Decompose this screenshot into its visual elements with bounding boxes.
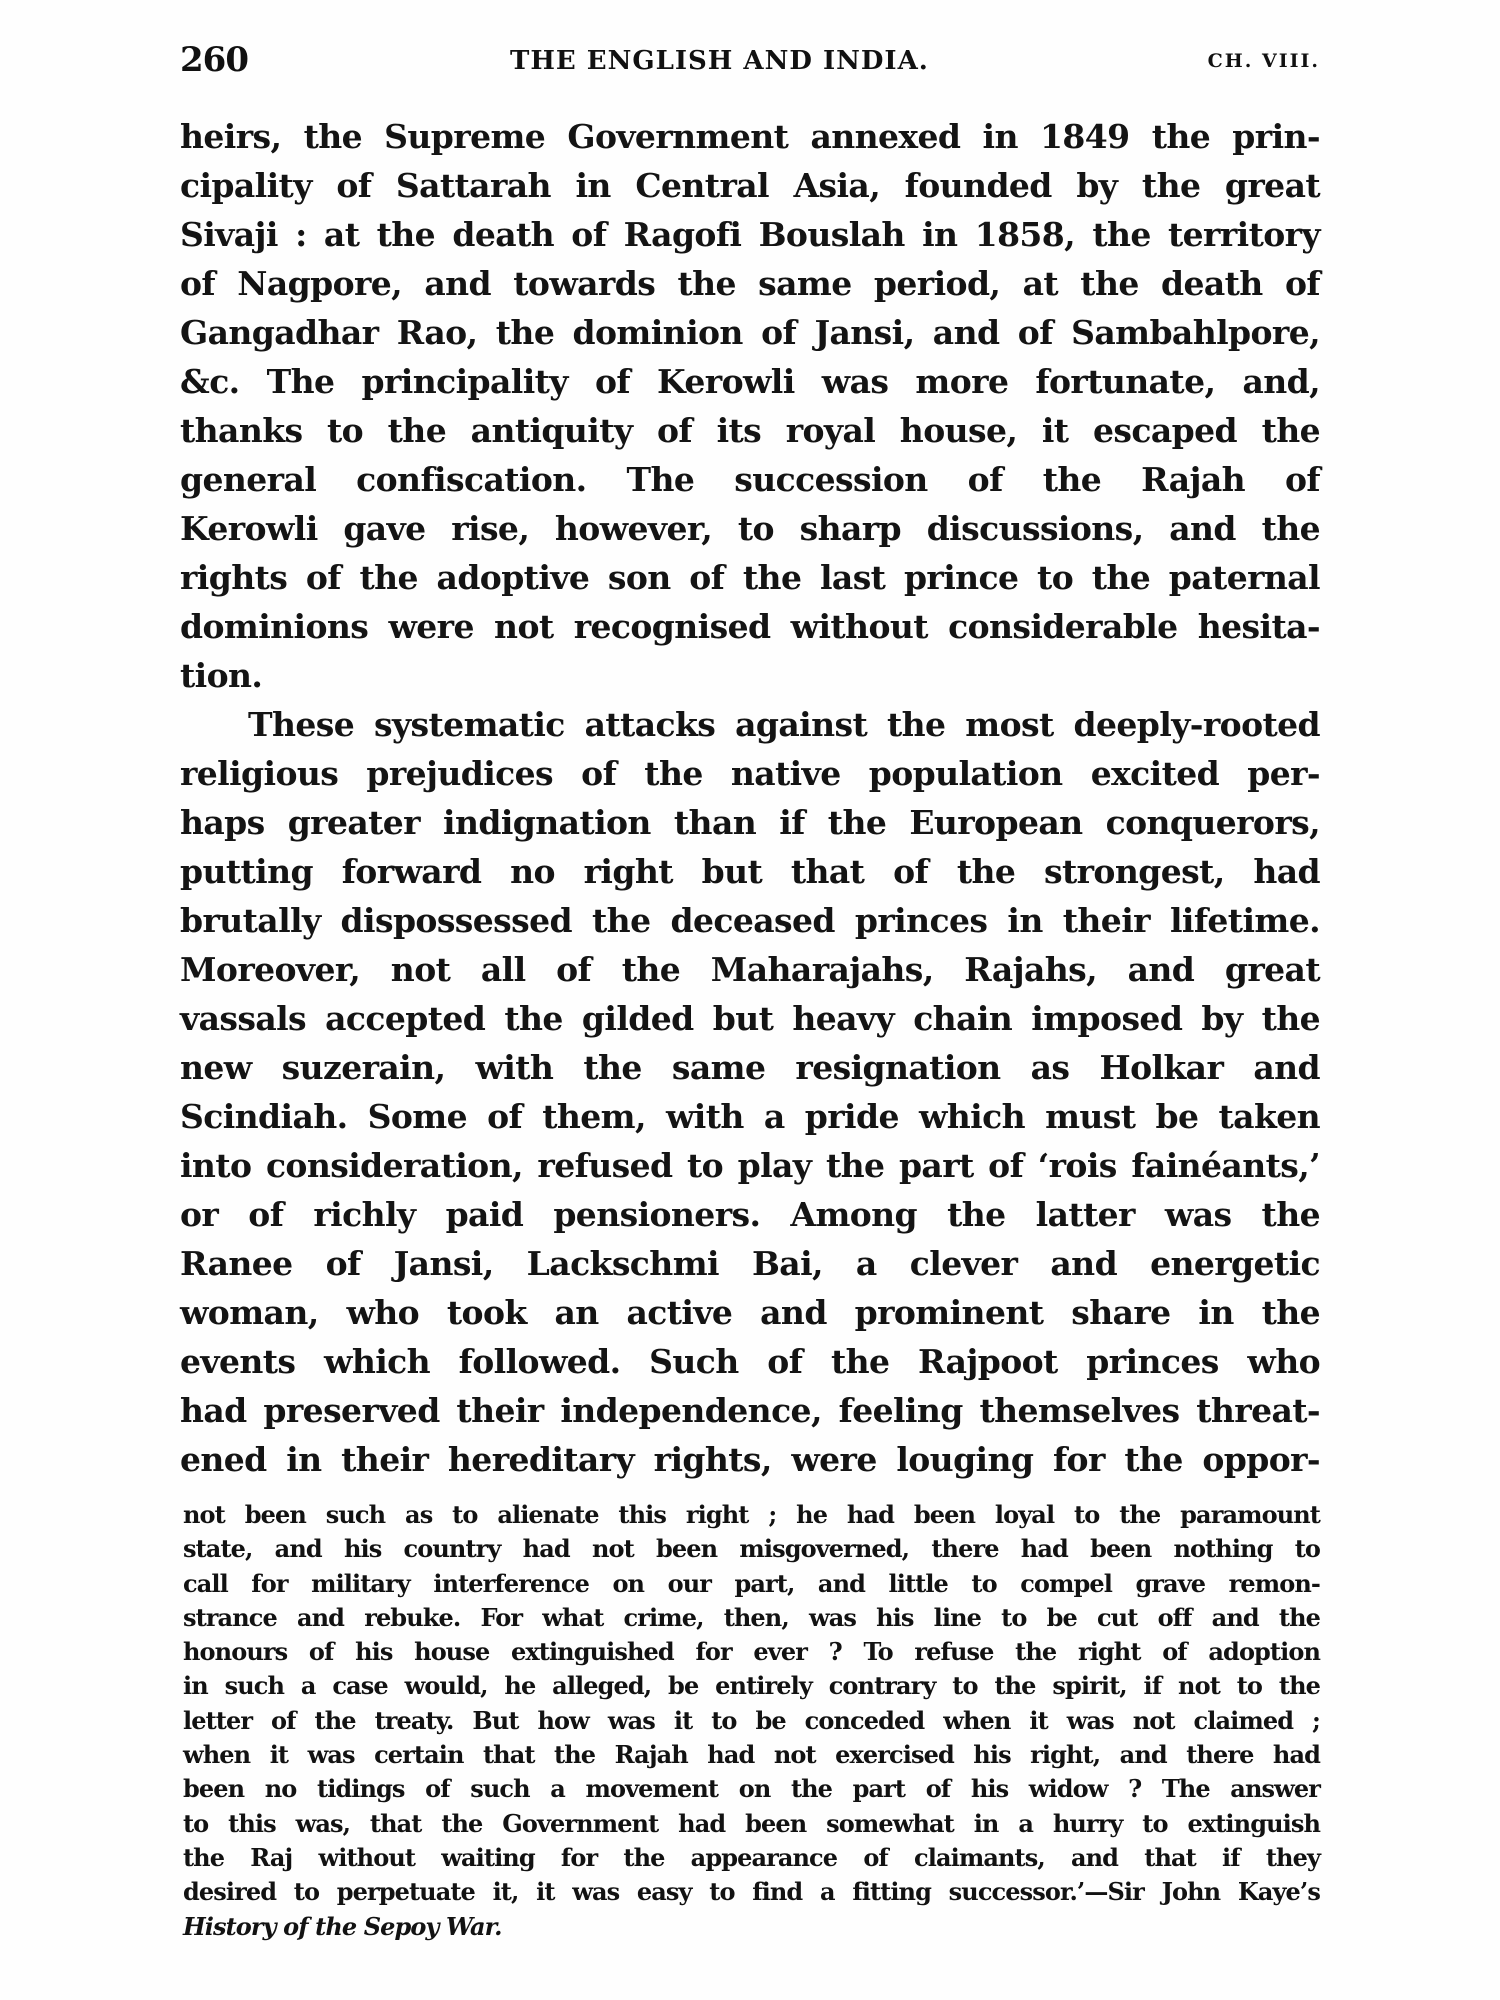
footnote-line: letter of the treaty. But how was it to … [183,1704,1320,1738]
footnote-line: strance and rebuke. For what crime, then… [183,1601,1320,1635]
body-line: into consideration, refused to play the … [180,1141,1320,1190]
body-line: new suzerain, with the same resignation … [180,1043,1320,1092]
body-line: Moreover, not all of the Maharajahs, Raj… [180,945,1320,994]
body-line: Scindiah. Some of them, with a pride whi… [180,1092,1320,1141]
body-line: brutally dispossessed the deceased princ… [180,896,1320,945]
body-line: cipality of Sattarah in Central Asia, fo… [180,161,1320,210]
body-line: events which followed. Such of the Rajpo… [180,1337,1320,1386]
footnote: not been such as to alienate this right … [183,1498,1320,1944]
chapter-label: CH. VIII. [1208,50,1320,72]
footnote-line: the Raj without waiting for the appearan… [183,1841,1320,1875]
footnote-line: in such a case would, he alleged, be ent… [183,1669,1320,1703]
body-line: religious prejudices of the native popul… [180,749,1320,798]
running-title: THE ENGLISH AND INDIA. [510,46,929,76]
body-line: Ranee of Jansi, Lackschmi Bai, a clever … [180,1239,1320,1288]
body-line: tion. [180,651,1320,700]
page-number: 260 [180,40,248,80]
footnote-citation: History of the Sepoy War. [183,1910,1320,1944]
body-line: or of richly paid pensioners. Among the … [180,1190,1320,1239]
body-line: vassals accepted the gilded but heavy ch… [180,994,1320,1043]
body-line: Kerowli gave rise, however, to sharp dis… [180,504,1320,553]
body-line: general confiscation. The succession of … [180,455,1320,504]
footnote-line: to this was, that the Government had bee… [183,1807,1320,1841]
paragraph-start-line: These systematic attacks against the mos… [180,700,1320,749]
footnote-line: desired to perpetuate it, it was easy to… [183,1875,1320,1909]
body-line: haps greater indignation than if the Eur… [180,798,1320,847]
body-line: of Nagpore, and towards the same period,… [180,259,1320,308]
footnote-line: state, and his country had not been misg… [183,1532,1320,1566]
footnote-line: when it was certain that the Rajah had n… [183,1738,1320,1772]
body-line: putting forward no right but that of the… [180,847,1320,896]
body-line: thanks to the antiquity of its royal hou… [180,406,1320,455]
body-line: ened in their hereditary rights, were lo… [180,1435,1320,1484]
body-line: heirs, the Supreme Government annexed in… [180,112,1320,161]
body-line: &c. The principality of Kerowli was more… [180,357,1320,406]
footnote-line: call for military interference on our pa… [183,1567,1320,1601]
body-line: Sivaji : at the death of Ragofi Bouslah … [180,210,1320,259]
body-line: woman, who took an active and prominent … [180,1288,1320,1337]
body-line: rights of the adoptive son of the last p… [180,553,1320,602]
page-header: 260 THE ENGLISH AND INDIA. CH. VIII. [180,40,1320,80]
body-text: heirs, the Supreme Government annexed in… [180,112,1320,1484]
footnote-line: not been such as to alienate this right … [183,1498,1320,1532]
book-page: 260 THE ENGLISH AND INDIA. CH. VIII. hei… [0,0,1500,2000]
footnote-line: honours of his house extinguished for ev… [183,1635,1320,1669]
body-line: had preserved their independence, feelin… [180,1386,1320,1435]
body-line: Gangadhar Rao, the dominion of Jansi, an… [180,308,1320,357]
footnote-line: been no tidings of such a movement on th… [183,1772,1320,1806]
body-line: dominions were not recognised without co… [180,602,1320,651]
